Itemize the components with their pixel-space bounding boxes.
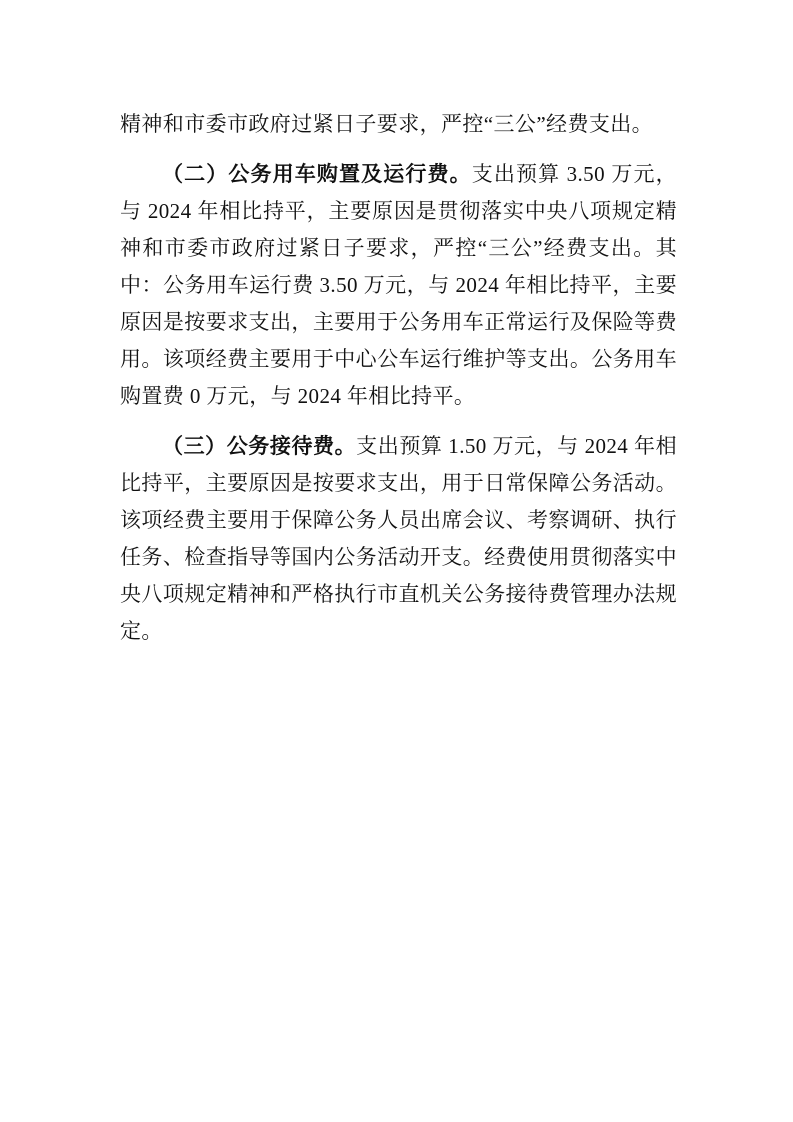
document-page: 精神和市委市政府过紧日子要求，严控“三公”经费支出。 （二）公务用车购置及运行费…	[0, 0, 793, 1122]
paragraph-section-2: （二）公务用车购置及运行费。支出预算 3.50 万元，与 2024 年相比持平，…	[120, 156, 677, 415]
section-2-heading: （二）公务用车购置及运行费。	[162, 162, 472, 186]
section-3-heading: （三）公务接待费。	[162, 434, 356, 458]
paragraph-continuation-text: 精神和市委市政府过紧日子要求，严控“三公”经费支出。	[120, 112, 653, 136]
section-2-body: 支出预算 3.50 万元，与 2024 年相比持平，主要原因是贯彻落实中央八项规…	[120, 162, 677, 408]
paragraph-section-3: （三）公务接待费。支出预算 1.50 万元，与 2024 年相比持平，主要原因是…	[120, 428, 677, 650]
page-content: 精神和市委市政府过紧日子要求，严控“三公”经费支出。 （二）公务用车购置及运行费…	[120, 106, 677, 650]
paragraph-continuation: 精神和市委市政府过紧日子要求，严控“三公”经费支出。	[120, 106, 677, 143]
section-3-body: 支出预算 1.50 万元，与 2024 年相比持平，主要原因是按要求支出，用于日…	[120, 434, 677, 643]
